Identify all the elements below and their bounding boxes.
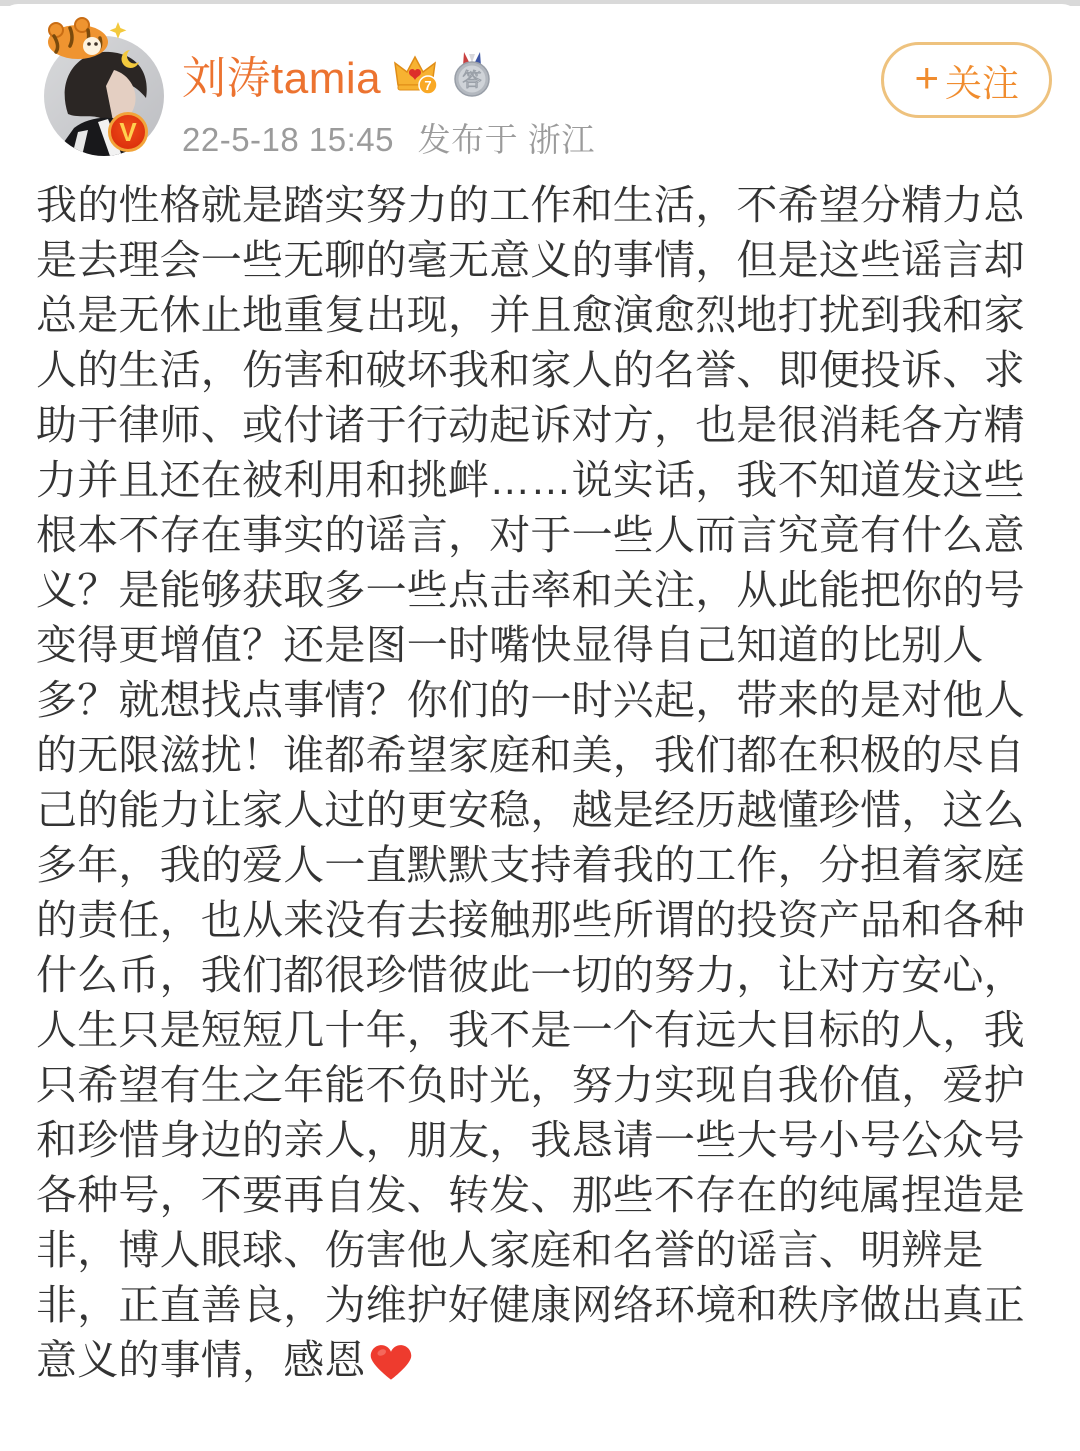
post-line: 意义的事情，感恩 [36, 1333, 1050, 1388]
post-line: 人生只是短短几十年，我不是一个有远大目标的人，我 [36, 1003, 1050, 1058]
sparkle-decoration-icon [110, 22, 127, 39]
post-line: 和珍惜身边的亲人，朋友，我恳请一些大号小号公众号 [36, 1113, 1050, 1168]
post-line: 的责任，也从来没有去接触那些所谓的投资产品和各种 [36, 893, 1050, 948]
post-meta: 22-5-18 15:45 发布于 浙江 [182, 114, 595, 161]
post-line: 非，博人眼球、伤害他人家庭和名誉的谣言、明辨是 [36, 1223, 1050, 1278]
user-avatar[interactable]: V [26, 16, 176, 166]
post-location: 发布于 浙江 [418, 121, 595, 158]
post-line: 各种号，不要再自发、转发、那些不存在的纯属捏造是 [36, 1168, 1050, 1223]
post-line: 非，正直善良，为维护好健康网络环境和秩序做出真正 [36, 1278, 1050, 1333]
post-header: V 刘涛tamia 7 答 [0, 4, 1080, 172]
post-line: 助于律师、或付诸于行动起诉对方，也是很消耗各方精 [36, 398, 1050, 453]
qa-medal-glyph: 答 [463, 68, 482, 91]
post-line: 人的生活，伤害和破坏我和家人的名誉、即便投诉、求 [36, 343, 1050, 398]
vip-level-number: 7 [424, 78, 431, 93]
post-line: 多年，我的爱人一直默默支持着我的工作，分担着家庭 [36, 838, 1050, 893]
follow-button-label: 关注 [945, 53, 1019, 107]
post-line: 根本不存在事实的谣言，对于一些人而言究竟有什么意 [36, 508, 1050, 563]
vip-crown-badge-icon[interactable]: 7 [391, 50, 439, 98]
follow-button[interactable]: + 关注 [881, 42, 1052, 118]
post-line: 义？是能够获取多一些点击率和关注，从此能把你的号 [36, 563, 1050, 618]
post-timestamp: 22-5-18 15:45 [182, 121, 394, 158]
plus-icon: + [914, 57, 939, 99]
post-line: 己的能力让家人过的更安稳，越是经历越懂珍惜，这么 [36, 783, 1050, 838]
red-heart-icon [370, 1343, 412, 1383]
verified-v-badge-icon: V [108, 112, 148, 152]
username[interactable]: 刘涛tamia [182, 42, 381, 106]
post-line: 力并且还在被利用和挑衅……说实话，我不知道发这些 [36, 453, 1050, 508]
qa-answer-medal-icon[interactable]: 答 [449, 50, 495, 98]
tiger-decoration-icon [48, 18, 108, 59]
avatar-image [26, 16, 176, 166]
weibo-post-card: V 刘涛tamia 7 答 [0, 4, 1080, 1388]
post-line: 多？就想找点事情？你们的一时兴起，带来的是对他人 [36, 673, 1050, 728]
post-line: 是去理会一些无聊的毫无意义的事情，但是这些谣言却 [36, 233, 1050, 288]
post-line: 我的性格就是踏实努力的工作和生活，不希望分精力总 [36, 178, 1050, 233]
post-line: 变得更增值？还是图一时嘴快显得自己知道的比别人 [36, 618, 1050, 673]
post-line: 只希望有生之年能不负时光，努力实现自我价值，爱护 [36, 1058, 1050, 1113]
post-line: 的无限滋扰！谁都希望家庭和美，我们都在积极的尽自 [36, 728, 1050, 783]
post-line: 总是无休止地重复出现，并且愈演愈烈地打扰到我和家 [36, 288, 1050, 343]
post-content: 我的性格就是踏实努力的工作和生活，不希望分精力总 是去理会一些无聊的毫无意义的事… [0, 172, 1080, 1388]
post-line: 什么币，我们都很珍惜彼此一切的努力，让对方安心， [36, 948, 1050, 1003]
post-line-text: 意义的事情，感恩 [36, 1333, 366, 1388]
user-info: 刘涛tamia 7 答 22-5-18 15: [182, 44, 595, 161]
